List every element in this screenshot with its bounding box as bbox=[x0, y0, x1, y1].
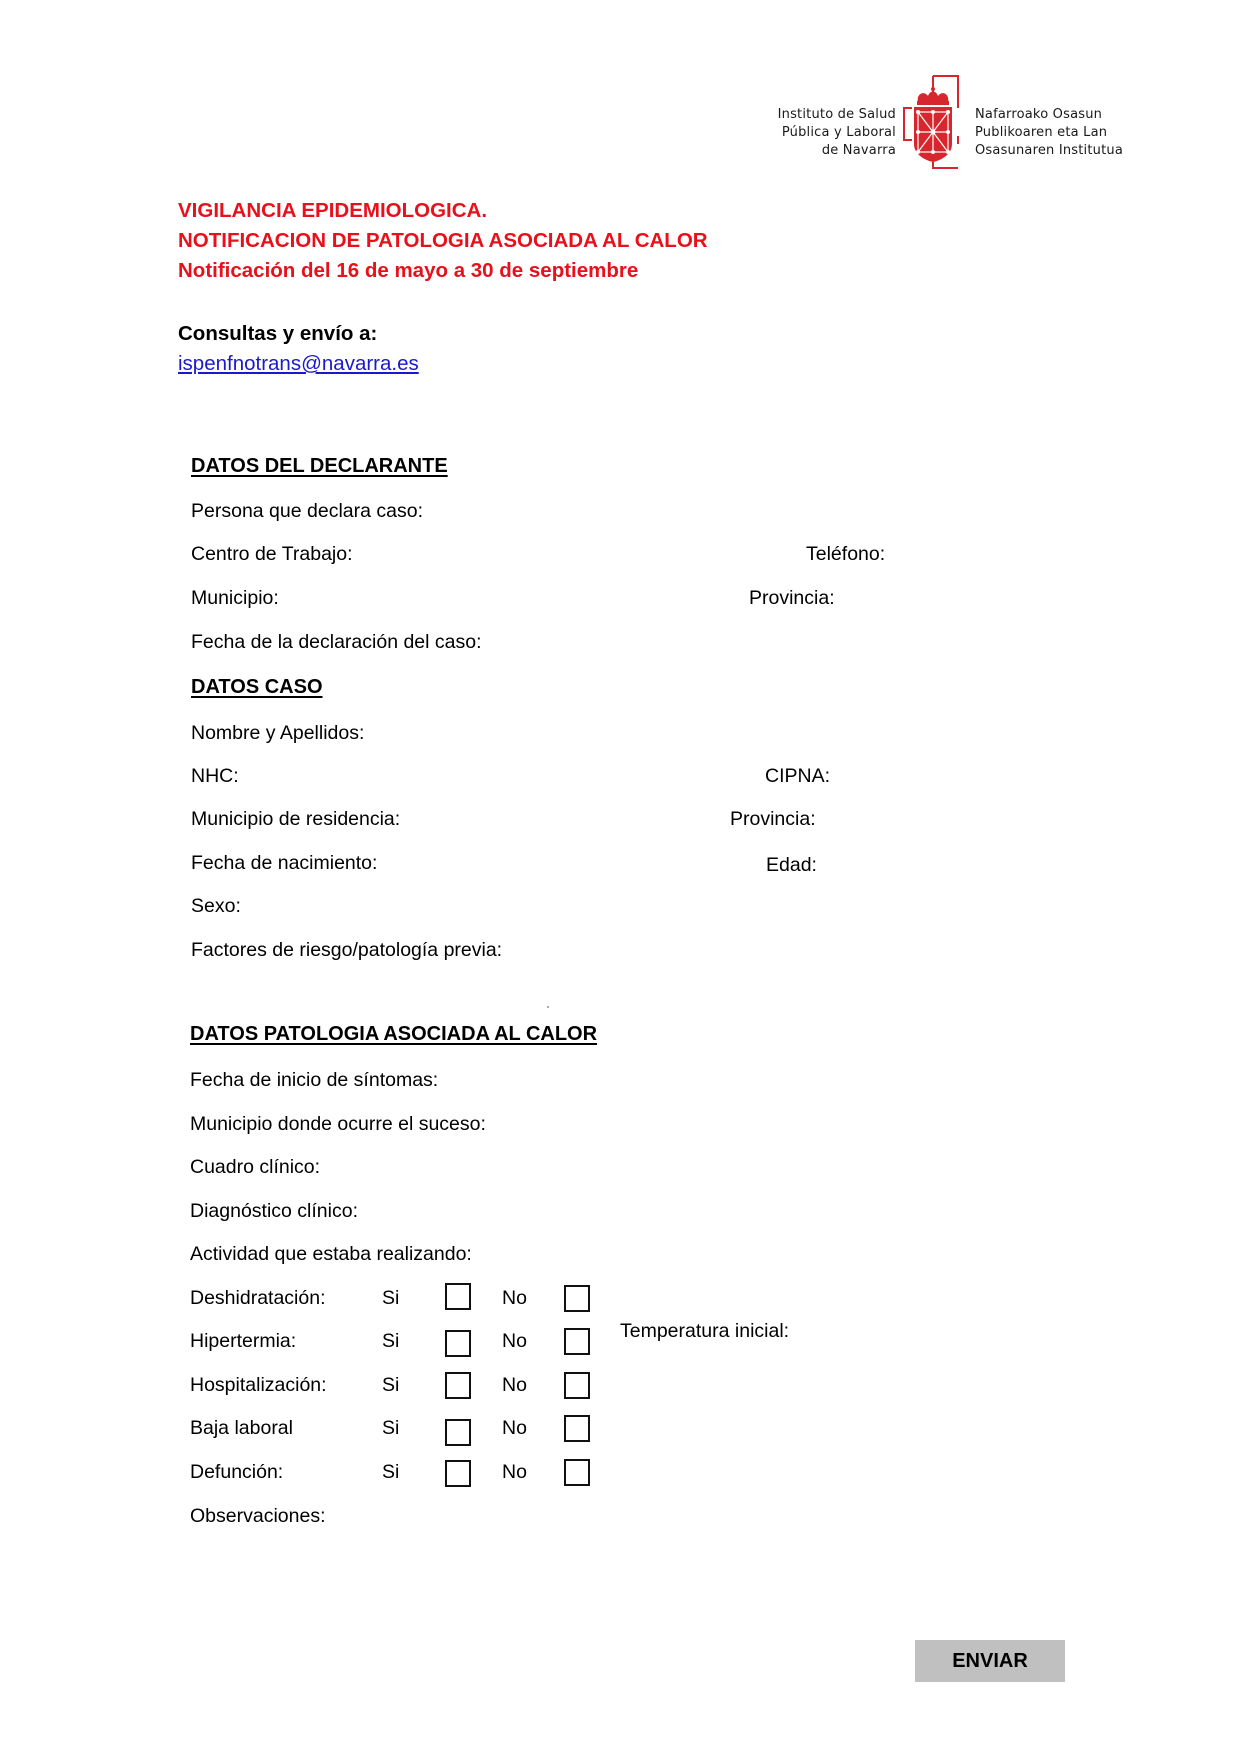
title-line-3: Notificación del 16 de mayo a 30 de sept… bbox=[178, 259, 638, 283]
check-row-label: Hipertermia: bbox=[190, 1330, 296, 1353]
field-sexo: Sexo: bbox=[191, 895, 241, 918]
field-nhc: NHC: bbox=[191, 765, 239, 788]
checkbox-yes[interactable] bbox=[445, 1460, 471, 1487]
field-nombre-apellidos: Nombre y Apellidos: bbox=[191, 722, 364, 745]
field-actividad: Actividad que estaba realizando: bbox=[190, 1243, 472, 1266]
yes-label: Si bbox=[382, 1374, 399, 1397]
yes-label: Si bbox=[382, 1287, 399, 1310]
check-row-label: Deshidratación: bbox=[190, 1287, 326, 1310]
section-title-caso: DATOS CASO bbox=[191, 676, 323, 699]
field-persona-declara: Persona que declara caso: bbox=[191, 500, 423, 523]
field-factores-riesgo: Factores de riesgo/patología previa: bbox=[191, 939, 502, 962]
navarra-coat-of-arms-icon bbox=[898, 72, 970, 172]
logo-text-eu: Nafarroako Osasun Publikoaren eta Lan Os… bbox=[975, 106, 1123, 160]
logo-line: de Navarra bbox=[736, 142, 896, 160]
checkbox-no[interactable] bbox=[564, 1459, 590, 1486]
logo-line: Publikoaren eta Lan bbox=[975, 124, 1123, 142]
check-row-label: Defunción: bbox=[190, 1461, 283, 1484]
stray-dot bbox=[547, 1006, 549, 1008]
logo-line: Pública y Laboral bbox=[736, 124, 896, 142]
checkbox-no[interactable] bbox=[564, 1285, 590, 1312]
check-row-label: Baja laboral bbox=[190, 1417, 293, 1440]
section-title-declarante: DATOS DEL DECLARANTE bbox=[191, 455, 448, 478]
checkbox-no[interactable] bbox=[564, 1328, 590, 1355]
field-municipio-residencia: Municipio de residencia: bbox=[191, 808, 400, 831]
section-title-patologia: DATOS PATOLOGIA ASOCIADA AL CALOR bbox=[190, 1023, 597, 1046]
contact-label: Consultas y envío a: bbox=[178, 322, 377, 346]
checkbox-yes[interactable] bbox=[445, 1283, 471, 1310]
field-cipna: CIPNA: bbox=[765, 765, 830, 788]
check-row-label: Hospitalización: bbox=[190, 1374, 327, 1397]
field-fecha-nacimiento: Fecha de nacimiento: bbox=[191, 852, 377, 875]
contact-email-link[interactable]: ispenfnotrans@navarra.es bbox=[178, 352, 419, 376]
yes-label: Si bbox=[382, 1330, 399, 1353]
no-label: No bbox=[502, 1330, 527, 1353]
no-label: No bbox=[502, 1374, 527, 1397]
field-provincia-caso: Provincia: bbox=[730, 808, 816, 831]
checkbox-yes[interactable] bbox=[445, 1372, 471, 1399]
field-provincia: Provincia: bbox=[749, 587, 835, 610]
field-edad: Edad: bbox=[766, 854, 817, 877]
field-observaciones: Observaciones: bbox=[190, 1505, 325, 1528]
title-line-1: VIGILANCIA EPIDEMIOLOGICA. bbox=[178, 199, 487, 223]
no-label: No bbox=[502, 1461, 527, 1484]
no-label: No bbox=[502, 1417, 527, 1440]
field-centro-trabajo: Centro de Trabajo: bbox=[191, 543, 353, 566]
checkbox-no[interactable] bbox=[564, 1415, 590, 1442]
field-fecha-inicio-sintomas: Fecha de inicio de síntomas: bbox=[190, 1069, 438, 1092]
logo-line: Instituto de Salud bbox=[736, 106, 896, 124]
send-button[interactable]: ENVIAR bbox=[915, 1640, 1065, 1682]
field-fecha-declaracion: Fecha de la declaración del caso: bbox=[191, 631, 482, 654]
field-diagnostico-clinico: Diagnóstico clínico: bbox=[190, 1200, 358, 1223]
field-temperatura-inicial: Temperatura inicial: bbox=[620, 1320, 789, 1343]
yes-label: Si bbox=[382, 1417, 399, 1440]
field-telefono: Teléfono: bbox=[806, 543, 885, 566]
yes-label: Si bbox=[382, 1461, 399, 1484]
checkbox-no[interactable] bbox=[564, 1372, 590, 1399]
title-line-2: NOTIFICACION DE PATOLOGIA ASOCIADA AL CA… bbox=[178, 229, 708, 253]
checkbox-yes[interactable] bbox=[445, 1330, 471, 1357]
field-municipio-suceso: Municipio donde ocurre el suceso: bbox=[190, 1113, 486, 1136]
field-municipio: Municipio: bbox=[191, 587, 279, 610]
logo-line: Osasunaren Institutua bbox=[975, 142, 1123, 160]
field-cuadro-clinico: Cuadro clínico: bbox=[190, 1156, 320, 1179]
logo-text-es: Instituto de Salud Pública y Laboral de … bbox=[736, 106, 896, 160]
logo-line: Nafarroako Osasun bbox=[975, 106, 1123, 124]
no-label: No bbox=[502, 1287, 527, 1310]
checkbox-yes[interactable] bbox=[445, 1419, 471, 1446]
